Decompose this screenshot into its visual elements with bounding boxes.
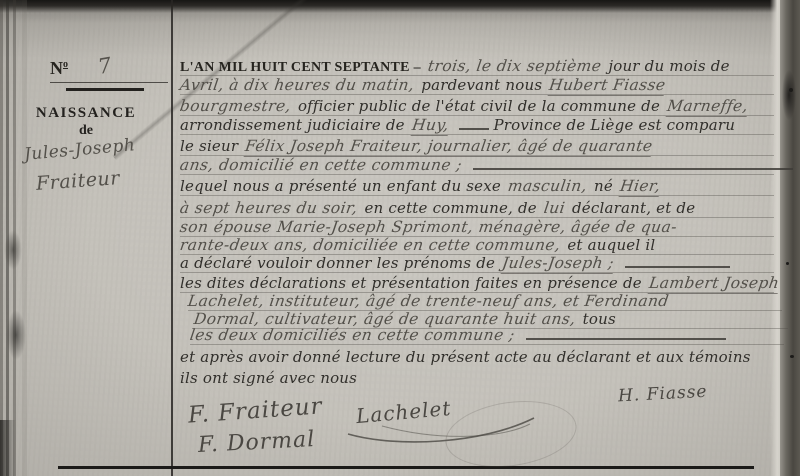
line-segment: ans, domicilié en cette commune ; xyxy=(179,156,464,174)
line-segment: Huy, xyxy=(410,116,450,136)
act-line: Lachelet, instituteur, âgé de trente-neu… xyxy=(188,292,782,311)
line-segment: les dites déclarations et présentation f… xyxy=(180,274,642,292)
record-number-row: No 7 xyxy=(50,58,168,83)
act-line: les deux domiciliés en cette commune ; xyxy=(190,326,784,345)
act-line: arrondissement judiciaire deHuy,Province… xyxy=(180,116,774,135)
line-segment: Hubert Fiasse xyxy=(548,76,667,96)
margin-subtitle: de xyxy=(0,123,172,139)
margin-title: NAISSANCE xyxy=(0,105,172,122)
line-segment: déclarant, et de xyxy=(572,199,695,217)
ink-speck xyxy=(790,355,794,358)
line-segment: et auquel il xyxy=(567,236,655,254)
line-segment: Félix Joseph Fraiteur, journalier, âgé d… xyxy=(244,137,654,157)
line-segment: Marneffe, xyxy=(666,97,750,117)
record-number-value: 7 xyxy=(96,53,113,79)
line-segment: jour du mois de xyxy=(608,57,729,75)
rule-fill xyxy=(473,159,793,170)
line-segment: lui xyxy=(543,199,567,217)
line-segment: L'AN MIL HUIT CENT SEPTANTE – xyxy=(180,60,421,75)
line-segment: Hier, xyxy=(619,177,662,197)
margin-child-forenames: Jules-Joseph xyxy=(23,135,136,165)
line-segment: Avril, à dix heures du matin, xyxy=(179,76,416,94)
line-segment: trois, le dix septième xyxy=(427,57,603,75)
act-line: L'AN MIL HUIT CENT SEPTANTE –trois, le d… xyxy=(180,57,774,76)
line-segment: les deux domiciliés en cette commune ; xyxy=(189,326,516,344)
act-line: bourgmestre,officier public de l'état ci… xyxy=(180,97,774,116)
ordinal-suffix: o xyxy=(63,59,68,70)
act-line: son épouse Marie-Joseph Sprimont, ménagè… xyxy=(180,218,774,237)
line-segment: en cette commune, de xyxy=(364,199,536,217)
scanned-birth-record-page: { "colors": { "paper": "#c5c2bb", "ink_p… xyxy=(0,0,800,476)
line-segment: officier public de l'état civil de la co… xyxy=(298,97,660,115)
act-line: ans, domicilié en cette commune ; xyxy=(180,156,774,175)
act-line: le sieurFélix Joseph Fraiteur, journalie… xyxy=(180,137,774,156)
line-segment: pardevant nous xyxy=(421,76,542,94)
line-segment: le sieur xyxy=(180,137,238,155)
binding-smudge xyxy=(4,230,22,270)
act-line: rante-deux ans, domiciliée en cette comm… xyxy=(180,236,774,255)
line-segment: né xyxy=(594,177,613,195)
ink-speck xyxy=(789,88,793,92)
record-number-label: No xyxy=(50,58,68,78)
act-line: et après avoir donné lecture du présent … xyxy=(180,348,774,366)
line-segment: lequel nous a présenté un enfant du sexe xyxy=(180,177,501,195)
rule-fill xyxy=(526,329,726,340)
line-segment: Province de Liège est comparu xyxy=(493,116,735,134)
line-segment: bourgmestre, xyxy=(179,97,292,115)
line-segment: à sept heures du soir, xyxy=(179,199,359,217)
line-segment: Jules-Joseph ; xyxy=(501,254,616,274)
rule-fill xyxy=(625,257,730,268)
binding-smudge xyxy=(0,420,16,476)
signature-declarant: F. Fraiteur xyxy=(187,393,323,428)
form-bottom-border xyxy=(58,466,754,469)
rule-fill xyxy=(459,119,489,130)
signature-officer: H. Fiasse xyxy=(618,382,708,407)
margin-child-surname: Fraiteur xyxy=(35,167,120,195)
margin-thick-rule xyxy=(66,88,144,91)
act-line: Avril, à dix heures du matin,pardevant n… xyxy=(180,76,774,95)
scan-top-edge xyxy=(0,0,800,13)
line-segment: a déclaré vouloir donner les prénoms de xyxy=(180,254,495,272)
faint-pencil-mark xyxy=(441,393,581,475)
line-segment: arrondissement judiciaire de xyxy=(180,116,405,134)
margin-separator-rule xyxy=(171,0,173,476)
line-segment: rante-deux ans, domiciliée en cette comm… xyxy=(179,236,562,254)
act-line: lequel nous a présenté un enfant du sexe… xyxy=(180,177,774,196)
line-segment: Lambert Joseph xyxy=(647,274,780,294)
act-line: a déclaré vouloir donner les prénoms deJ… xyxy=(180,254,774,273)
signature-witness2: F. Dormal xyxy=(197,427,315,458)
line-segment: Lachelet, instituteur, âgé de trente-neu… xyxy=(187,292,670,310)
line-segment: et après avoir donné lecture du présent … xyxy=(180,348,751,366)
binding-smudge xyxy=(6,310,26,360)
line-segment: son épouse Marie-Joseph Sprimont, ménagè… xyxy=(179,218,678,236)
act-line: à sept heures du soir,en cette commune, … xyxy=(180,199,774,218)
act-line: les dites déclarations et présentation f… xyxy=(180,274,774,293)
line-segment: ils ont signé avec nous xyxy=(180,369,357,387)
ink-speck xyxy=(786,262,789,265)
edge-ink-blotch xyxy=(782,70,796,120)
line-segment: masculin, xyxy=(507,177,589,195)
